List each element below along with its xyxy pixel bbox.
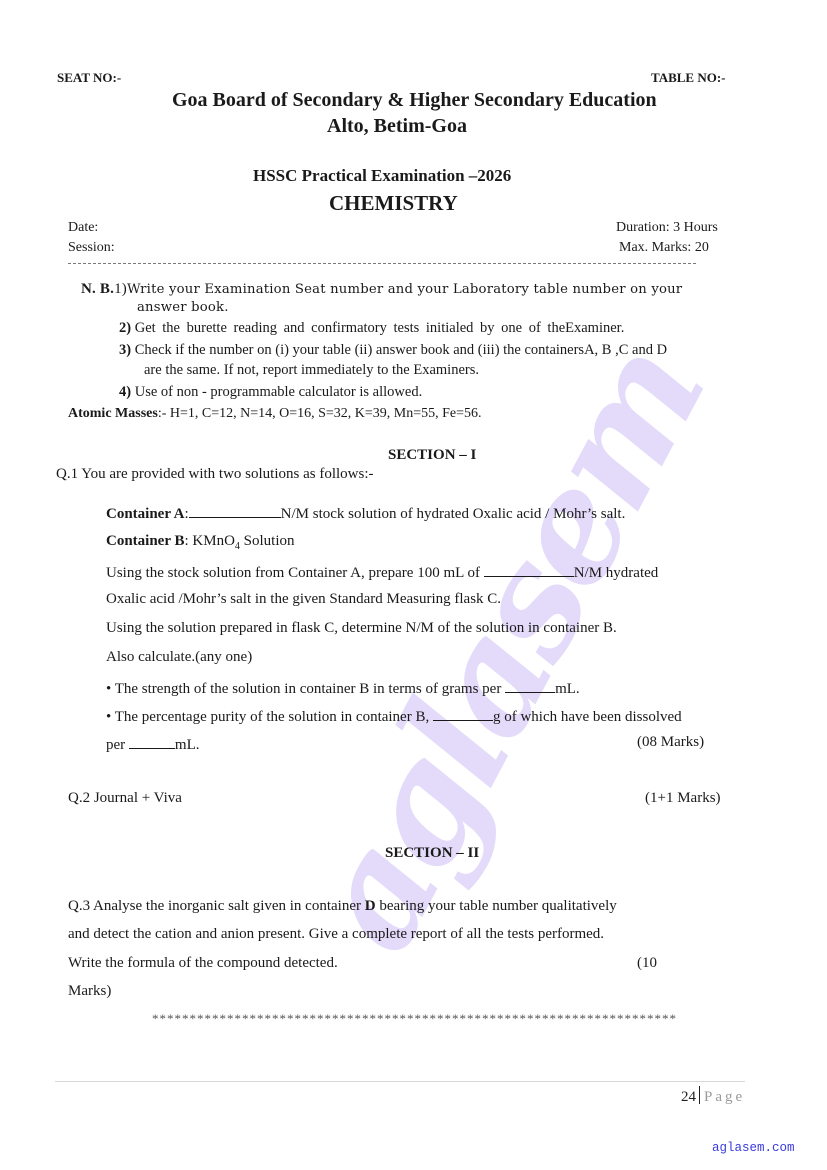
q3-marks-cont: Marks) <box>68 983 111 1000</box>
note-3-text: Check if the number on (i) your table (i… <box>135 342 667 358</box>
atomic-masses-label: Atomic Masses <box>68 406 158 421</box>
exam-title: HSSC Practical Examination –2026 <box>253 166 511 186</box>
q3-marks: (10 <box>637 955 657 972</box>
q1-marks: (08 Marks) <box>637 734 704 751</box>
q2-marks: (1+1 Marks) <box>645 790 721 807</box>
q3-line-1b: bearing your table number qualitatively <box>376 898 617 914</box>
page-number: 24 <box>681 1089 696 1105</box>
page-separator <box>699 1086 700 1104</box>
q3-line-2: and detect the cation and anion present.… <box>68 926 604 943</box>
q1-line-1: Using the stock solution from Container … <box>106 562 658 582</box>
q1-bullet-1: • The strength of the solution in contai… <box>106 678 580 698</box>
section-2-title: SECTION – II <box>385 845 479 862</box>
blank-field <box>505 678 555 693</box>
q1-line-1a: Using the stock solution from Container … <box>106 565 484 581</box>
q1-bullet-2-cont: per mL. <box>106 734 200 754</box>
table-no-label: TABLE NO:- <box>651 70 726 86</box>
note-1-num: 1) <box>114 281 127 297</box>
q1-line-3: Using the solution prepared in flask C, … <box>106 620 617 637</box>
q1-intro: Q.1 You are provided with two solutions … <box>56 466 374 483</box>
q1-line-2: Oxalic acid /Mohr’s salt in the given St… <box>106 591 501 608</box>
section-1-title: SECTION – I <box>388 447 476 464</box>
note-3-num: 3) <box>119 342 131 358</box>
formula-main: KMnO <box>192 533 235 549</box>
note-2-text: Get the burette reading and confirmatory… <box>135 320 625 336</box>
blank-field <box>129 734 175 749</box>
bullet-2-text-c: per <box>106 737 129 753</box>
container-a-label: Container A <box>106 506 184 522</box>
q3-line-1: Q.3 Analyse the inorganic salt given in … <box>68 898 617 915</box>
note-3: 3) Check if the number on (i) your table… <box>119 342 667 359</box>
bullet-2-text-b: g of which have been dissolved <box>493 709 682 725</box>
note-2-num: 2) <box>119 320 131 336</box>
max-marks: Max. Marks: 20 <box>619 240 709 256</box>
kmno4-formula: KMnO4 <box>192 533 240 549</box>
atomic-masses: Atomic Masses:- H=1, C=12, N=14, O=16, S… <box>68 406 482 422</box>
session-label: Session: <box>68 240 115 256</box>
note-4: 4) Use of non - programmable calculator … <box>119 384 422 401</box>
container-a: Container A:N/M stock solution of hydrat… <box>106 503 625 523</box>
page-footer: 24Page <box>681 1086 745 1106</box>
note-2: 2) Get the burette reading and confirmat… <box>119 320 624 337</box>
note-4-text: Use of non - programmable calculator is … <box>135 384 423 400</box>
blank-field <box>484 562 574 577</box>
bullet-1-text: • The strength of the solution in contai… <box>106 681 505 697</box>
nb-prefix: N. B. <box>81 281 114 297</box>
atomic-masses-values: :- H=1, C=12, N=14, O=16, S=32, K=39, Mn… <box>158 406 482 421</box>
duration: Duration: 3 Hours <box>616 220 718 236</box>
container-d: D <box>365 898 376 914</box>
container-b: Container B: KMnO4 Solution <box>106 533 295 552</box>
q3-line-3: Write the formula of the compound detect… <box>68 955 338 972</box>
board-title: Goa Board of Secondary & Higher Secondar… <box>172 89 657 112</box>
container-b-text: Solution <box>240 533 295 549</box>
site-link[interactable]: aglasem.com <box>712 1141 795 1155</box>
page-label: Page <box>704 1089 745 1105</box>
container-b-label: Container B <box>106 533 184 549</box>
q3-line-1a: Q.3 Analyse the inorganic salt given in … <box>68 898 365 914</box>
end-stars: ****************************************… <box>152 1011 677 1027</box>
note-1-text: Write your Examination Seat number and y… <box>127 282 682 297</box>
note-1: N. B.1)Write your Examination Seat numbe… <box>81 281 682 298</box>
note-4-num: 4) <box>119 384 131 400</box>
bullet-2-unit: mL. <box>175 737 200 753</box>
subject-title: CHEMISTRY <box>329 191 458 216</box>
footer-rule <box>55 1081 745 1082</box>
q1-bullet-2: • The percentage purity of the solution … <box>106 706 682 726</box>
divider <box>68 263 696 264</box>
q1-line-4: Also calculate.(any one) <box>106 649 252 666</box>
q1-line-1b: N/M hydrated <box>574 565 659 581</box>
date-label: Date: <box>68 220 98 236</box>
bullet-1-unit: mL. <box>555 681 580 697</box>
bullet-2-text: • The percentage purity of the solution … <box>106 709 433 725</box>
q2-text: Q.2 Journal + Viva <box>68 790 182 807</box>
note-1-cont: answer book. <box>137 300 229 315</box>
blank-field <box>189 503 281 518</box>
seat-no-label: SEAT NO:- <box>57 70 121 86</box>
container-a-text: N/M stock solution of hydrated Oxalic ac… <box>281 506 626 522</box>
board-location: Alto, Betim-Goa <box>327 115 467 138</box>
note-3-cont: are the same. If not, report immediately… <box>144 362 479 379</box>
blank-field <box>433 706 493 721</box>
